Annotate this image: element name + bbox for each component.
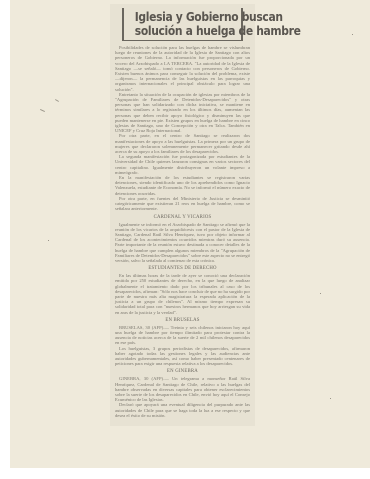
subheading-estudiantes: ESTUDIANTES DE DERECHO bbox=[115, 266, 250, 272]
paper-speck bbox=[330, 398, 331, 399]
paragraph: En la manifestación de los estudiantes s… bbox=[115, 175, 250, 196]
paragraph: La segunda manifestación fue protagoniza… bbox=[115, 154, 250, 175]
paragraph: BRUSELAS, 30 (AFP).— Treinta y seis chil… bbox=[115, 325, 250, 346]
article-body: Posibilidades de solución para las huelg… bbox=[115, 45, 250, 418]
headline-line-2: solución a huelga de hambre bbox=[135, 24, 230, 38]
paragraph: Igualmente se informó en el Arzobispado … bbox=[115, 222, 250, 264]
headline-box: Iglesia y Gobierno buscan solución a hue… bbox=[122, 8, 243, 41]
subheading-cardenal: CARDENAL Y VICARIOS bbox=[115, 215, 250, 221]
paper-speck bbox=[320, 293, 321, 294]
newspaper-clipping: Iglesia y Gobierno buscan solución a hue… bbox=[110, 4, 255, 426]
paragraph: Declaró que apoyará una eventual diligen… bbox=[115, 402, 250, 418]
paragraph: Los huelguistas, 3 grupos periodistas de… bbox=[115, 346, 250, 367]
paragraph: GINEBRA, 30 (AFP).— Un telegrama a monse… bbox=[115, 376, 250, 402]
paper-speck bbox=[352, 34, 353, 35]
paragraph: Entretanto la situación de la ocupación … bbox=[115, 92, 250, 134]
paragraph: Por otra parte, en el centro de Santiago… bbox=[115, 133, 250, 154]
headline-line-1: Iglesia y Gobierno buscan bbox=[135, 10, 230, 24]
subheading-ginebra: EN GINEBRA bbox=[115, 369, 250, 375]
paragraph: Por otra parte, en fuentes del Ministeri… bbox=[115, 196, 250, 212]
paper-speck bbox=[48, 240, 49, 241]
paragraph: Posibilidades de solución para las huelg… bbox=[115, 45, 250, 92]
subheading-bruselas: EN BRUSELAS bbox=[115, 318, 250, 324]
paragraph: En las últimas horas de la tarde de ayer… bbox=[115, 273, 250, 315]
